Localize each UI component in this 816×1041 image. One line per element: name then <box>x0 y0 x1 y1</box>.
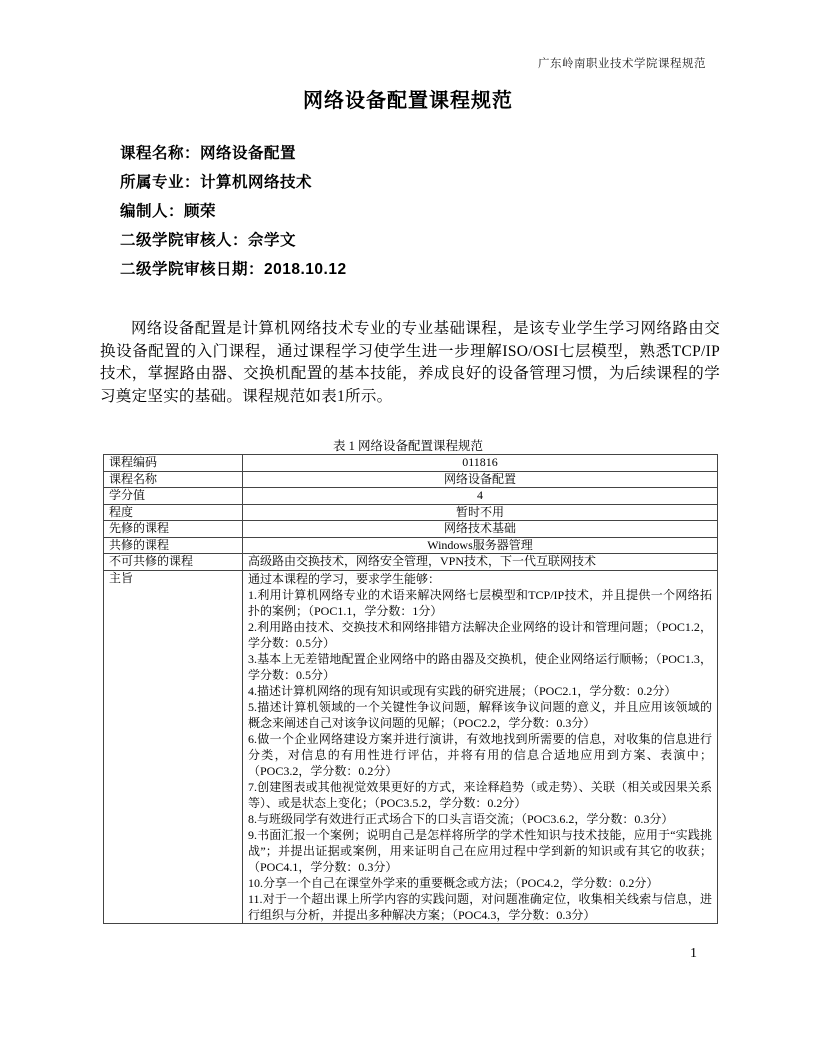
table-row: 程度暂时不用 <box>104 504 718 521</box>
meta-value: 计算机网络技术 <box>200 174 312 191</box>
purpose-item: 8.与班级同学有效进行正式场合下的口头言语交流；（POC3.6.2，学分数：0.… <box>248 811 712 827</box>
purpose-item: 2.利用路由技术、交换技术和网络排错方法解决企业网络的设计和管理问题；（POC1… <box>248 619 712 651</box>
meta-fields: 课程名称：网络设备配置所属专业：计算机网络技术编制人：顾荣二级学院审核人：佘学文… <box>120 139 347 284</box>
row-value: 网络技术基础 <box>243 521 718 538</box>
table-caption: 表 1 网络设备配置课程规范 <box>0 436 816 454</box>
meta-field: 二级学院审核日期：2018.10.12 <box>120 255 347 284</box>
meta-field: 所属专业：计算机网络技术 <box>120 168 347 197</box>
meta-label: 所属专业： <box>120 174 200 191</box>
meta-value: 网络设备配置 <box>200 145 296 162</box>
table-row: 先修的课程网络技术基础 <box>104 521 718 538</box>
row-value: Windows服务器管理 <box>243 537 718 554</box>
purpose-content: 通过本课程的学习，要求学生能够：1.利用计算机网络专业的术语来解决网络七层模型和… <box>243 570 718 923</box>
row-label: 不可共修的课程 <box>104 554 243 571</box>
row-label: 课程名称 <box>104 471 243 488</box>
purpose-item: 5.描述计算机领域的一个关键性争议问题，解释该争议问题的意义，并且应用该领域的概… <box>248 699 712 731</box>
purpose-item: 7.创建图表或其他视觉效果更好的方式，来诠释趋势（或走势）、关联（相关或因果关系… <box>248 779 712 811</box>
meta-field: 二级学院审核人：佘学文 <box>120 226 347 255</box>
purpose-item: 6.做一个企业网络建设方案并进行演讲，有效地找到所需要的信息，对收集的信息进行分… <box>248 731 712 779</box>
meta-label: 二级学院审核人： <box>120 232 248 249</box>
row-value: 高级路由交换技术，网络安全管理，VPN技术，下一代互联网技术 <box>243 554 718 571</box>
meta-value: 2018.10.12 <box>264 261 347 278</box>
row-label: 程度 <box>104 504 243 521</box>
meta-field: 课程名称：网络设备配置 <box>120 139 347 168</box>
purpose-item: 4.描述计算机网络的现有知识或现有实践的研究进展；（POC2.1，学分数：0.2… <box>248 683 712 699</box>
purpose-item: 10.分享一个自己在课堂外学来的重要概念或方法；（POC4.2，学分数：0.2分… <box>248 875 712 891</box>
page-title: 网络设备配置课程规范 <box>0 84 816 113</box>
table-row: 不可共修的课程高级路由交换技术，网络安全管理，VPN技术，下一代互联网技术 <box>104 554 718 571</box>
meta-label: 二级学院审核日期： <box>120 261 264 278</box>
document-page: 广东岭南职业技术学院课程规范 网络设备配置课程规范 课程名称：网络设备配置所属专… <box>0 0 816 1041</box>
course-spec-table: 课程编码011816课程名称网络设备配置学分值4程度暂时不用先修的课程网络技术基… <box>103 454 718 924</box>
intro-paragraph: 网络设备配置是计算机网络技术专业的专业基础课程，是该专业学生学习网络路由交换设备… <box>100 318 720 408</box>
purpose-item: 3.基本上无差错地配置企业网络中的路由器及交换机，使企业网络运行顺畅；（POC1… <box>248 651 712 683</box>
meta-field: 编制人：顾荣 <box>120 197 347 226</box>
document-header: 广东岭南职业技术学院课程规范 <box>538 55 706 71</box>
row-value: 网络设备配置 <box>243 471 718 488</box>
meta-label: 课程名称： <box>120 145 200 162</box>
purpose-label: 主旨 <box>104 570 243 923</box>
course-table-body: 课程编码011816课程名称网络设备配置学分值4程度暂时不用先修的课程网络技术基… <box>104 455 718 924</box>
table-row: 共修的课程Windows服务器管理 <box>104 537 718 554</box>
row-label: 学分值 <box>104 488 243 505</box>
table-row: 学分值4 <box>104 488 718 505</box>
row-label: 课程编码 <box>104 455 243 472</box>
meta-value: 佘学文 <box>248 232 296 249</box>
purpose-intro: 通过本课程的学习，要求学生能够： <box>248 571 712 587</box>
table-row-purpose: 主旨通过本课程的学习，要求学生能够：1.利用计算机网络专业的术语来解决网络七层模… <box>104 570 718 923</box>
row-label: 共修的课程 <box>104 537 243 554</box>
meta-value: 顾荣 <box>184 203 216 220</box>
row-value: 暂时不用 <box>243 504 718 521</box>
row-label: 先修的课程 <box>104 521 243 538</box>
meta-label: 编制人： <box>120 203 184 220</box>
purpose-item: 1.利用计算机网络专业的术语来解决网络七层模型和TCP/IP技术，并且提供一个网… <box>248 587 712 619</box>
row-value: 011816 <box>243 455 718 472</box>
purpose-item: 11.对于一个超出课上所学内容的实践问题，对问题准确定位，收集相关线索与信息，进… <box>248 891 712 923</box>
row-value: 4 <box>243 488 718 505</box>
table-row: 课程编码011816 <box>104 455 718 472</box>
table-row: 课程名称网络设备配置 <box>104 471 718 488</box>
purpose-item: 9.书面汇报一个案例；说明自己是怎样将所学的学术性知识与技术技能，应用于“实践挑… <box>248 827 712 875</box>
page-number: 1 <box>690 946 697 962</box>
